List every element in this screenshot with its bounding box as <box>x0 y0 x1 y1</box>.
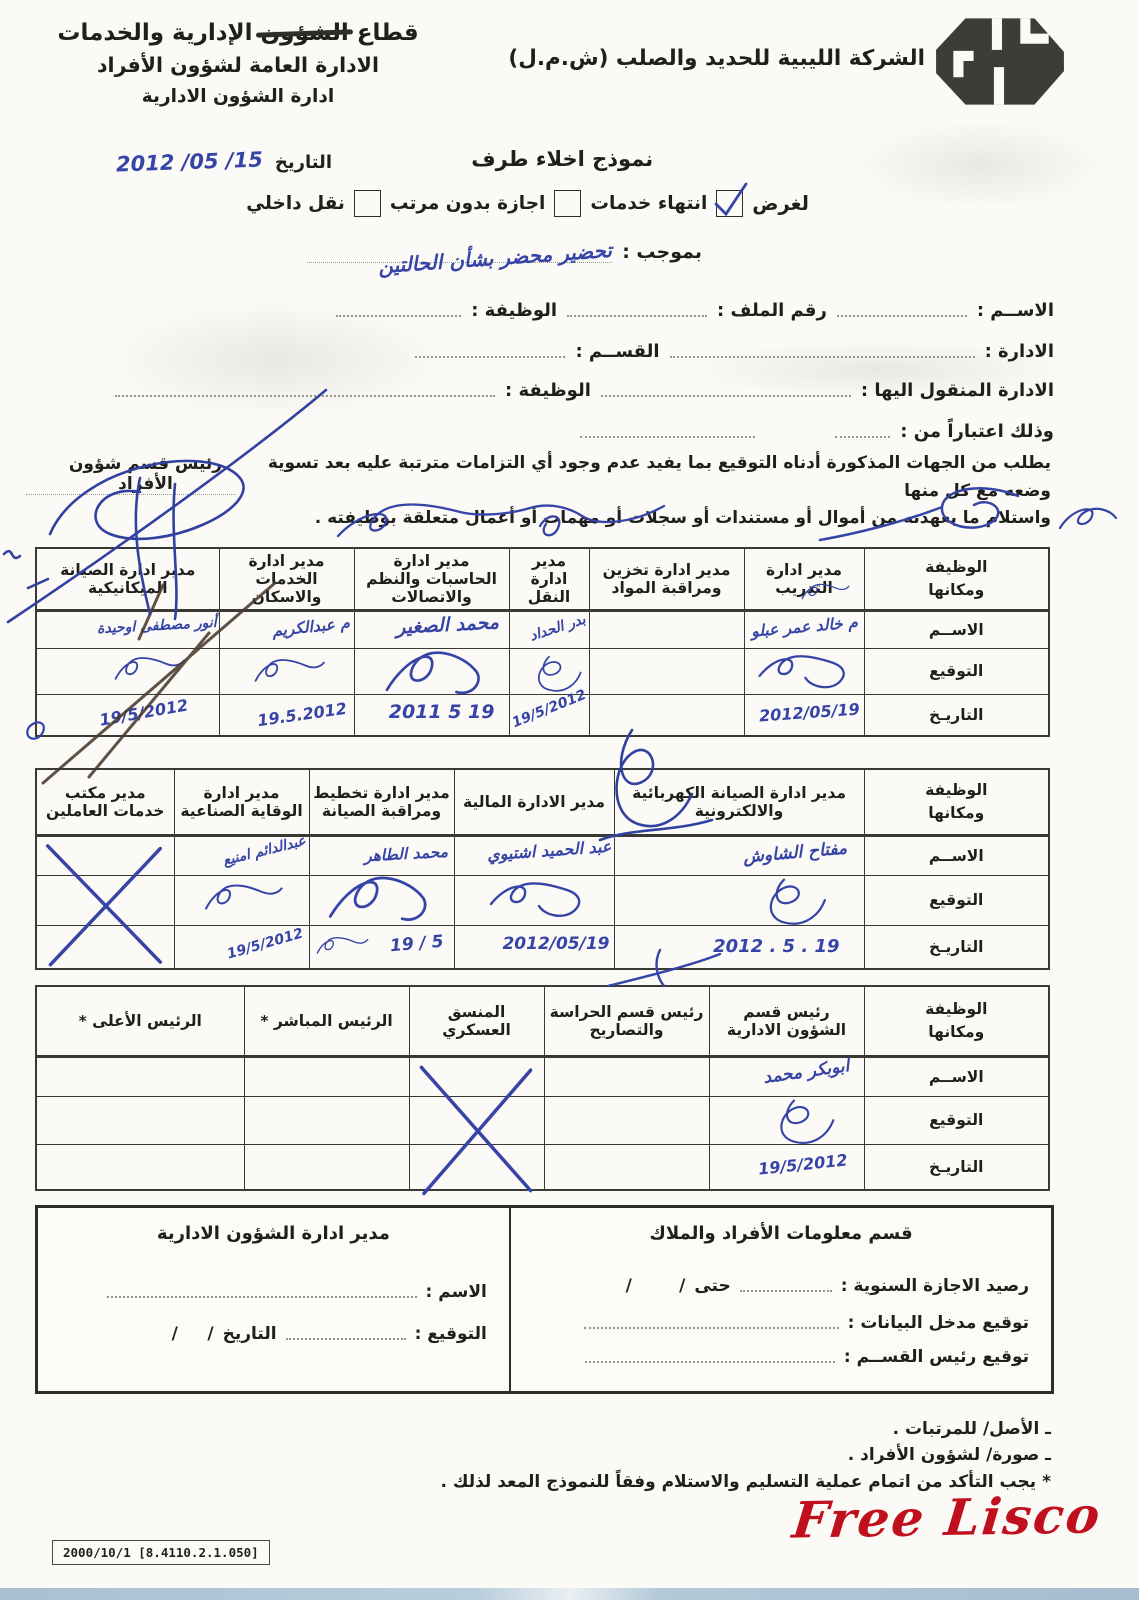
handwritten-name: عبدالدائم امنيع <box>221 832 307 868</box>
admin-affairs-line: ادارة الشؤون الادارية <box>28 86 448 107</box>
clearance-table-3: الوظيفة ومكانها رئيس قسم الشؤون الادارية… <box>35 985 1050 1191</box>
option-unpaid-leave: اجازة بدون مرتب <box>390 193 546 214</box>
form-title: نموذج اخلاء طرف <box>471 147 653 171</box>
signature-scribble <box>744 1097 844 1147</box>
header-industrial-safety-manager: مدير ادارة الوقاية الصناعية <box>174 769 309 835</box>
signature-cell <box>309 875 454 925</box>
signature-scribble <box>1052 500 1122 536</box>
name-cell <box>409 1056 544 1096</box>
handwritten-date: 19/5/2012 <box>510 686 589 730</box>
header-text: مدير ادارة تخزين ومراقبة المواد <box>603 561 731 597</box>
signature-scribble <box>513 649 585 699</box>
name-cell: بدر الحداد <box>509 610 589 648</box>
name-cell <box>36 835 174 875</box>
sector-word: قطاع <box>357 20 419 46</box>
leave-balance-row: رصيد الاجازة السنوية : حتى / / <box>511 1276 1051 1296</box>
manager-date-label: التاريخ <box>223 1324 277 1344</box>
manager-name-label: الاسم : <box>426 1282 487 1302</box>
notice-paragraph: يطلب من الجهات المذكورة أدناه التوقيع بم… <box>251 450 1051 533</box>
signature-scribble <box>751 653 856 695</box>
signature-scribble <box>314 934 370 962</box>
date-cell <box>36 925 174 969</box>
handwritten-name: م عبدالكريم <box>271 613 350 639</box>
name-cell: م خالد عمر عبلو <box>744 610 864 648</box>
signature-cell <box>36 875 174 925</box>
handwritten-name: محمد الطاهر <box>363 842 448 864</box>
handwritten-name: عبد الحميد اشتيوي <box>487 836 612 864</box>
sector-line: قطاع الشؤون الإدارية والخدمات <box>28 20 448 46</box>
dotted-line <box>837 311 967 317</box>
header-admin-affairs-section-head: رئيس قسم الشؤون الادارية <box>709 986 864 1056</box>
bottom-approval-box: قسم معلومات الأفراد والملاك رصيد الاجازة… <box>35 1205 1054 1394</box>
row-label-date: التاريـخ <box>864 694 1049 736</box>
name-cell <box>36 1056 244 1096</box>
dotted-line <box>107 1292 417 1298</box>
handwritten-name: م خالد عمر عبلو <box>750 613 858 640</box>
subject-label: بموجب : <box>622 241 702 263</box>
handwritten-date: 19/5/2012 <box>757 1150 848 1178</box>
signature-scribble <box>724 876 844 928</box>
dotted-line <box>601 391 851 397</box>
signatures-table-3: الوظيفة ومكانها رئيس قسم الشؤون الادارية… <box>35 985 1048 1191</box>
row-label-signature: التوقيع <box>864 648 1049 694</box>
scan-edge-strip <box>0 1588 1139 1600</box>
purpose-row: لغرض انتهاء خدمات اجازة بدون مرتب نقل دا… <box>246 190 809 217</box>
row-label-signature: التوقيع <box>864 875 1049 925</box>
manager-name-row: الاسم : <box>38 1282 509 1302</box>
signature-cell <box>174 875 309 925</box>
header-position: الوظيفة ومكانها <box>864 548 1049 610</box>
dotted-line <box>336 311 461 317</box>
date-slashes: / / <box>172 1324 214 1344</box>
header-mechanical-maintenance-manager: مدير ادارة الصيانة الميكانيكية <box>36 548 219 610</box>
header-computers-manager: مدير ادارة الحاسبات والنظم والاتصالات <box>354 548 509 610</box>
lisco-logo-icon <box>931 14 1069 108</box>
subject-line: تحضير محضر بشأن الحالتين <box>307 236 612 263</box>
name-cell: مفتاح الشاوش <box>614 835 864 875</box>
company-name: الشركة الليبية للحديد والصلب (ش.م.ل) <box>508 46 925 71</box>
dotted-line <box>835 432 890 438</box>
purpose-label: لغرض <box>752 192 809 215</box>
field-row-4: وذلك اعتباراً من : <box>580 421 1054 442</box>
handwritten-date: 2012/05/19 <box>758 699 860 725</box>
sector-word: الإدارية والخدمات <box>57 20 252 46</box>
date-slashes: / / <box>626 1276 686 1296</box>
header-training-manager: مدير ادارة التدريب <box>744 548 864 610</box>
date-cell: 19/5/2012 <box>509 694 589 736</box>
signature-scribble <box>359 645 509 701</box>
personnel-info-title: قسم معلومات الأفراد والملاك <box>511 1223 1051 1244</box>
date-cell: 19 / 5 <box>309 925 454 969</box>
row-label-name: الاســم <box>864 610 1049 648</box>
signature-cell <box>614 875 864 925</box>
signatures-table-2: الوظيفة ومكانها مدير ادارة الصيانة الكهر… <box>35 768 1048 970</box>
date-label: التاريخ <box>275 152 332 173</box>
date-cell: 2012 . 5 . 19 <box>614 925 864 969</box>
check-mark-icon <box>710 180 750 220</box>
dotted-line <box>585 1357 835 1363</box>
checkbox-internal-transfer <box>354 190 381 217</box>
date-cell: 2012/05/19 <box>454 925 614 969</box>
handwritten-name: محمد الصغير <box>395 611 499 638</box>
footnotes: ـ الأصل/ للمرتبات . ـ صورة/ لشؤون الأفرا… <box>441 1416 1052 1495</box>
header-workers-services-office-manager: مدير مكتب خدمات العاملين <box>36 769 174 835</box>
general-admin-line: الادارة العامة لشؤون الأفراد <box>28 53 448 77</box>
dotted-line <box>567 311 707 317</box>
header-maintenance-planning-manager: مدير ادارة تخطيط ومراقبة الصيانة <box>309 769 454 835</box>
free-lisco-watermark: Free Lisco <box>789 1485 1104 1549</box>
dotted-line <box>415 352 565 358</box>
signature-cell <box>544 1096 709 1144</box>
handwritten-name: ابوبكر محمد <box>762 1056 850 1088</box>
name-cell: أنور مصطفى اوحيدة <box>36 610 219 648</box>
effective-from-label: وذلك اعتباراً من : <box>900 421 1054 442</box>
job2-label: الوظيفة : <box>505 380 591 401</box>
dotted-line <box>26 494 236 495</box>
handwritten-date: 2012 /05 /15 <box>116 147 264 176</box>
handwritten-date: 19/5/2012 <box>98 695 190 729</box>
data-entry-label: توقيع مدخل البيانات : <box>848 1313 1029 1333</box>
job-label: الوظيفة : <box>471 300 557 321</box>
header-services-housing-manager: مدير ادارة الخدمات والاسكان <box>219 548 354 610</box>
checkbox-unpaid-leave <box>554 190 581 217</box>
signature-scribble <box>230 655 348 693</box>
date-cell <box>36 1144 244 1190</box>
header-position: الوظيفة ومكانها <box>864 986 1049 1056</box>
name-cell <box>544 1056 709 1096</box>
signature-cell <box>744 648 864 694</box>
date-cell: 19/5/2012 <box>709 1144 864 1190</box>
header-higher-supervisor: الرئيس الأعلى * <box>36 986 244 1056</box>
dotted-line <box>580 432 755 438</box>
header-electrical-maintenance-manager: مدير ادارة الصيانة الكهربائية والالكترون… <box>614 769 864 835</box>
signature-cell <box>409 1096 544 1144</box>
signature-cell <box>589 648 744 694</box>
option-internal-transfer: نقل داخلي <box>246 193 345 214</box>
footnote-original: ـ الأصل/ للمرتبات . <box>441 1416 1052 1442</box>
name-cell: عبد الحميد اشتيوي <box>454 835 614 875</box>
signature-scribble <box>183 880 303 922</box>
date-cell <box>244 1144 409 1190</box>
field-row-1: الاســم : رقم الملف : الوظيفة : <box>336 300 1054 321</box>
name-cell: م عبدالكريم <box>219 610 354 648</box>
handwritten-name: أنور مصطفى اوحيدة <box>97 614 217 636</box>
form-number-box: 2000/10/1 [8.4110.2.1.050] <box>52 1540 270 1565</box>
personnel-info-section: قسم معلومات الأفراد والملاك رصيد الاجازة… <box>511 1208 1051 1391</box>
notice-line-1: يطلب من الجهات المذكورة أدناه التوقيع بم… <box>251 450 1051 505</box>
handwritten-name: بدر الحداد <box>528 611 588 644</box>
signatures-table-1: الوظيفة ومكانها مدير ادارة التدريب مدير … <box>35 547 1048 737</box>
handwritten-name: مفتاح الشاوش <box>743 838 848 867</box>
name-cell: عبدالدائم امنيع <box>174 835 309 875</box>
admin-affairs-manager-section: مدير ادارة الشؤون الادارية الاسم : التوق… <box>38 1208 509 1391</box>
handwritten-date: 2012 . 5 . 19 <box>713 936 839 957</box>
handwritten-date: 2012/05/19 <box>502 934 609 954</box>
handwritten-date: 19.5.2012 <box>257 698 349 729</box>
signature-cell <box>454 875 614 925</box>
row-label-name: الاســم <box>864 835 1049 875</box>
clearance-table-1: الوظيفة ومكانها مدير ادارة التدريب مدير … <box>35 547 1050 737</box>
row-label-signature: التوقيع <box>864 1096 1049 1144</box>
name-cell: محمد الصغير <box>354 610 509 648</box>
subject-row: بموجب : تحضير محضر بشأن الحالتين <box>307 236 702 263</box>
handwritten-subject: تحضير محضر بشأن الحالتين <box>378 238 613 278</box>
header-text: مدير ادارة التدريب <box>766 561 842 597</box>
department-header: قطاع الشؤون الإدارية والخدمات الادارة ال… <box>28 20 448 107</box>
handwritten-date: 19 / 5 <box>389 931 444 956</box>
handwritten-date: 19/5/2012 <box>225 925 305 962</box>
date-row: 2012 /05 /15 التاريخ <box>116 150 332 174</box>
field-row-3: الادارة المنقول اليها : الوظيفة : <box>115 380 1054 401</box>
signature-cell <box>709 1096 864 1144</box>
data-entry-signature-row: توقيع مدخل البيانات : <box>511 1313 1051 1333</box>
signature-scribble <box>462 880 612 924</box>
struck-word: الشؤون <box>261 20 349 46</box>
signature-cell <box>244 1096 409 1144</box>
header-transport-manager: مدير ادارة النقل <box>509 548 589 610</box>
dotted-line <box>670 352 975 358</box>
section-label: القســم : <box>575 341 659 362</box>
option-end-of-service: انتهاء خدمات <box>590 193 707 214</box>
dotted-line <box>740 1286 832 1292</box>
field-row-2: الادارة : القســم : <box>415 341 1054 362</box>
date-cell <box>409 1144 544 1190</box>
scanned-clearance-form: الشركة الليبية للحديد والصلب (ش.م.ل) قطا… <box>0 0 1139 1600</box>
section-head-label: توقيع رئيس القســم : <box>844 1347 1029 1367</box>
header-storage-manager: مدير ادارة تخزين ومراقبة المواد <box>589 548 744 610</box>
date-cell: 2012/05/19 <box>744 694 864 736</box>
manager-signature-row: التوقيع : التاريخ / / <box>38 1324 509 1344</box>
row-label-date: التاريـخ <box>864 1144 1049 1190</box>
row-label-name: الاســم <box>864 1056 1049 1096</box>
dotted-line <box>584 1323 839 1329</box>
header-finance-manager: مدير الادارة المالية <box>454 769 614 835</box>
header-position: الوظيفة ومكانها <box>864 769 1049 835</box>
dotted-line <box>286 1334 406 1340</box>
header-military-coordinator: المنسق العسكري <box>409 986 544 1056</box>
row-label-date: التاريـخ <box>864 925 1049 969</box>
name-label: الاســم : <box>977 300 1054 321</box>
signature-cell <box>509 648 589 694</box>
name-cell: محمد الطاهر <box>309 835 454 875</box>
clearance-table-2: الوظيفة ومكانها مدير ادارة الصيانة الكهر… <box>35 768 1050 970</box>
scan-smudge <box>850 120 1110 210</box>
date-cell: 19.5.2012 <box>219 694 354 736</box>
signature-cell <box>219 648 354 694</box>
manager-sign-label: التوقيع : <box>415 1324 487 1344</box>
notice-line-2: واستلام ما بعهدته من أموال أو مستندات أو… <box>251 505 1051 533</box>
until-label: حتى <box>694 1276 730 1296</box>
footnote-copy: ـ صورة/ لشؤون الأفراد . <box>441 1442 1052 1468</box>
file-number-label: رقم الملف : <box>717 300 827 321</box>
checkbox-end-of-service <box>716 190 743 217</box>
header-direct-supervisor: الرئيس المباشر * <box>244 986 409 1056</box>
transfer-admin-label: الادارة المنقول اليها : <box>861 380 1054 401</box>
name-cell <box>589 610 744 648</box>
handwritten-date: 2011 5 19 <box>389 701 495 723</box>
date-cell: 19/5/2012 <box>36 694 219 736</box>
signature-cell <box>36 1096 244 1144</box>
admin-affairs-manager-title: مدير ادارة الشؤون الادارية <box>38 1223 509 1244</box>
administration-label: الادارة : <box>985 341 1054 362</box>
signature-scribble <box>304 870 454 928</box>
section-head-signature-row: توقيع رئيس القســم : <box>511 1347 1051 1367</box>
date-cell <box>544 1144 709 1190</box>
signature-scribble <box>109 653 189 691</box>
dotted-line <box>115 391 495 397</box>
date-cell <box>589 694 744 736</box>
signature-cell <box>36 648 219 694</box>
header-security-permits-section-head: رئيس قسم الحراسة والتصاريح <box>544 986 709 1056</box>
name-cell: ابوبكر محمد <box>709 1056 864 1096</box>
date-cell: 2011 5 19 <box>354 694 509 736</box>
personnel-head-label: رئيس قسم شؤون الأفراد <box>48 454 243 494</box>
signature-cell <box>354 648 509 694</box>
name-cell <box>244 1056 409 1096</box>
leave-balance-label: رصيد الاجازة السنوية : <box>841 1276 1029 1296</box>
date-cell: 19/5/2012 <box>174 925 309 969</box>
